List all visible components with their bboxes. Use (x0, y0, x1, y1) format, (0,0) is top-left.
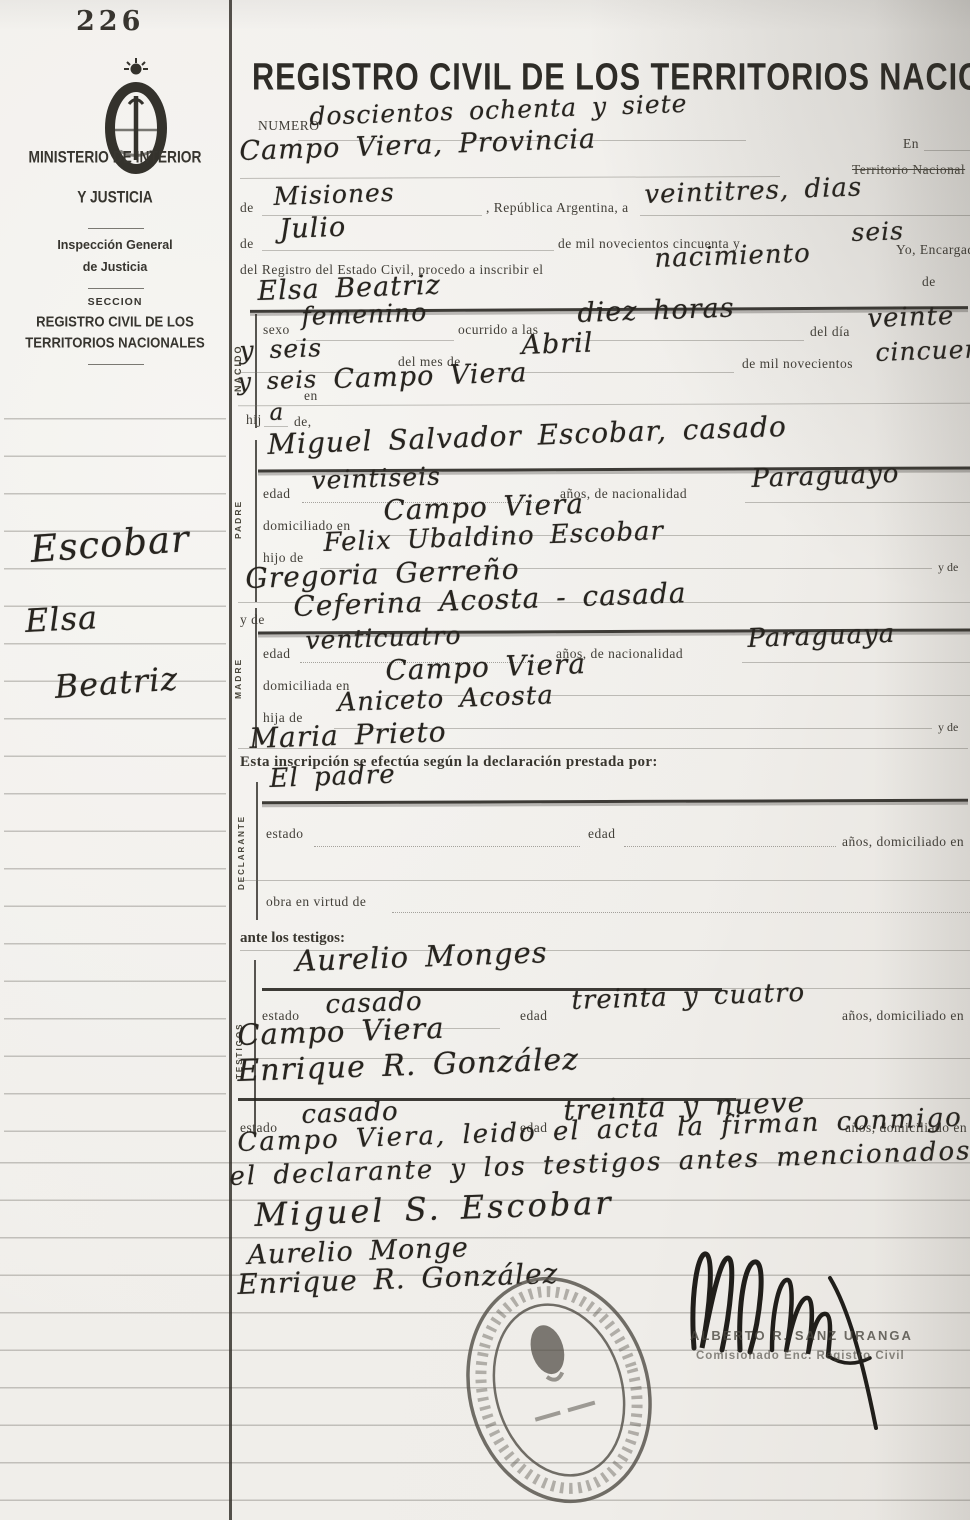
column-divider (229, 0, 232, 1520)
field-underline (562, 340, 804, 341)
abuelo-materno-value: Aniceto Acosta (337, 680, 554, 718)
declarante-value: El padre (269, 760, 396, 794)
field-underline (392, 912, 970, 913)
y-de-label: y de (938, 560, 958, 575)
padre-nombre-value: Miguel Salvador Escobar, casado (267, 410, 788, 461)
dia-label: del día (810, 324, 850, 340)
dia-value: veinte (867, 301, 955, 334)
lugar-value: Campo Viera (333, 357, 528, 395)
section-title-line1: REGISTRO CIVIL DE LOS (11, 313, 219, 330)
republica-label: , República Argentina, a (486, 200, 629, 216)
page-number: 226 (76, 6, 144, 37)
yo-encargado-label: Yo, Encargado (896, 242, 970, 258)
inspection-line1: Inspección General (8, 238, 222, 252)
ministry-title-line1: MINISTERIO DE INTERIOR (13, 149, 216, 167)
abuelo-paterno-value: Felix Ubaldino Escobar (323, 516, 665, 558)
dia-value-cont: y seis (239, 333, 322, 365)
padre-edad-value: veintiseis (311, 461, 441, 495)
declarante-estado-label: estado (266, 826, 304, 842)
en-lugar-label: en (304, 388, 318, 404)
oval-seal-stamp (428, 1262, 690, 1518)
madre-y-de-label: y de (240, 612, 265, 628)
declarante-edad-label: edad (588, 826, 615, 842)
field-underline (492, 372, 734, 373)
sidebar-rule (88, 228, 144, 229)
de3-label: de (922, 274, 936, 290)
scanned-birth-record-page: 226 MINISTERIO DE INTERIOR Y JUSTICIA In… (0, 0, 970, 1520)
hora-value: diez horas (577, 293, 735, 329)
madre-domicilio-value: Campo Viera (385, 647, 587, 687)
field-underline (742, 662, 970, 663)
field-underline (238, 403, 970, 407)
oficial-nombre: ALBERTO R. SANZ URANGA (690, 1328, 910, 1343)
de-label: de (240, 200, 254, 216)
inspection-line2: de Justicia (8, 260, 222, 274)
margin-firstname: Elsa (24, 598, 99, 640)
testigo1-domicilio-value: Campo Viera (237, 1011, 445, 1052)
anio-nacimiento-label: de mil novecientos (742, 356, 853, 372)
section-label-padre: PADRE (233, 486, 243, 552)
madre-nacionalidad-value: Paraguaya (747, 619, 896, 654)
hijo-label: hij (246, 412, 262, 428)
field-underline (314, 846, 580, 847)
hijo-sufijo-value: a (269, 400, 285, 426)
abuela-materna-value: Maria Prieto (249, 715, 447, 755)
madre-edad-label: edad (263, 646, 290, 662)
blank-rule (240, 880, 970, 881)
section-label-declarante: DECLARANTE (237, 800, 246, 904)
territorio-label-struck: Territorio Nacional (852, 162, 965, 178)
madre-edad-value: venticuatro (305, 621, 462, 655)
provincia-value: Misiones (273, 178, 395, 211)
y-de2-label: y de (938, 720, 958, 735)
field-underline (624, 846, 836, 847)
anio-nacimiento-value: cincuenta (875, 333, 970, 367)
field-underline (262, 250, 554, 251)
obra-label: obra en virtud de (266, 894, 366, 910)
de2-label: de (240, 236, 254, 252)
section-bracket (256, 782, 258, 920)
acto-value: nacimiento (654, 239, 811, 274)
mes-nacimiento-value: Abril (521, 328, 594, 361)
field-underline (924, 150, 970, 151)
section-label: SECCION (8, 296, 222, 308)
mes-value: Julio (279, 212, 347, 245)
testigo1-domicilio-label: años, domiciliado en (842, 1008, 964, 1024)
ministry-title-line2: Y JUSTICIA (13, 189, 216, 207)
field-underline (745, 502, 970, 503)
field-underline-heavy (262, 799, 968, 804)
padre-nacionalidad-value: Paraguayo (751, 459, 900, 494)
sexo-value: femenino (301, 298, 428, 331)
fecha-dia-value: veintitres, dias (644, 172, 863, 210)
oficial-cargo: Comisionado Enc. Registro Civil (696, 1350, 904, 1362)
field-underline (238, 748, 968, 749)
sidebar-rule (88, 364, 144, 365)
testigo1-edad-label: edad (520, 1008, 547, 1024)
sidebar-rule (88, 288, 144, 289)
en-label: En (903, 136, 919, 152)
padre-edad-label: edad (263, 486, 290, 502)
section-label-madre: MADRE (233, 645, 243, 711)
left-margin-ruled-lines (4, 382, 226, 1140)
field-underline (640, 215, 970, 216)
section-title-line2: TERRITORIOS NACIONALES (11, 334, 219, 351)
declarante-domicilio-label: años, domiciliado en (842, 834, 964, 850)
testigo1-edad-value: treinta y cuatro (571, 978, 806, 1016)
